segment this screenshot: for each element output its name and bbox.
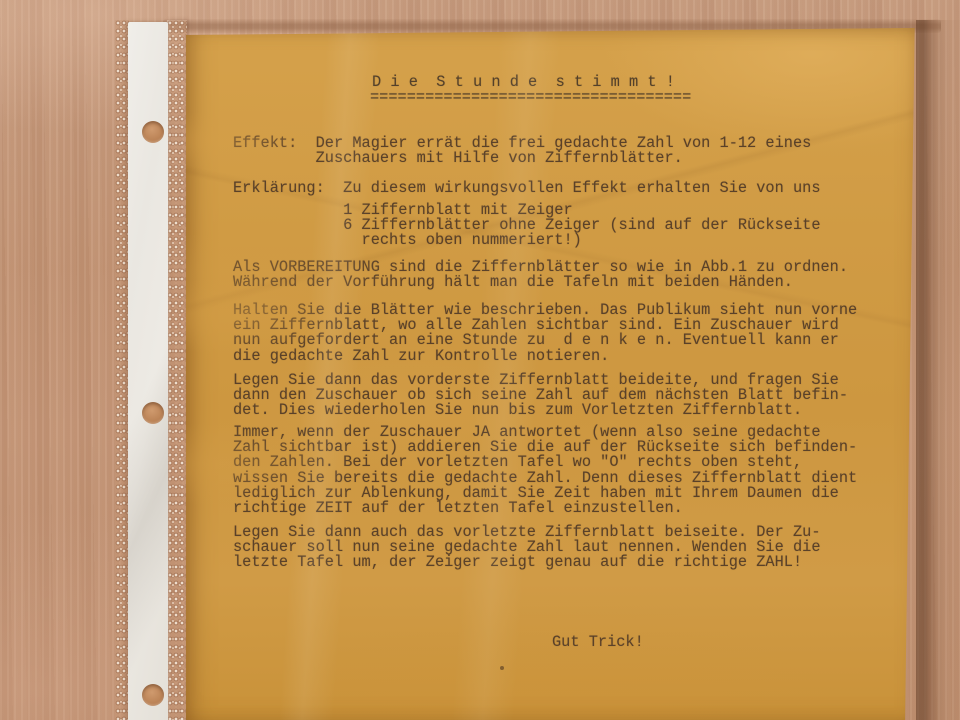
paragraph-immer: Immer, wenn der Zuschauer JA antwortet (… xyxy=(233,425,857,516)
document-paper: D i e S t u n d e s t i m m t ! ========… xyxy=(186,26,922,720)
paragraph-erklaerung: Erklärung: Zu diesem wirkungsvollen Effe… xyxy=(233,181,821,196)
punch-hole xyxy=(142,402,164,424)
closing-line: Gut Trick! xyxy=(552,635,644,650)
punch-hole xyxy=(142,684,164,706)
sleeve-welded-edge-right xyxy=(167,20,187,720)
title-underline: =================================== xyxy=(370,90,691,105)
paragraph-halten: Halten Sie die Blätter wie beschrieben. … xyxy=(233,303,857,364)
paragraph-erklaerung-items: 1 Ziffernblatt mit Zeiger 6 Ziffernblätt… xyxy=(233,203,821,249)
sleeve-welded-edge-left xyxy=(115,20,129,720)
paragraph-legen-1: Legen Sie dann das vorderste Ziffernblat… xyxy=(233,373,848,419)
wood-groove-shadow xyxy=(916,20,960,720)
photo-scene: D i e S t u n d e s t i m m t ! ========… xyxy=(0,0,960,720)
ink-speck xyxy=(500,666,504,670)
paragraph-vorbereitung: Als VORBEREITUNG sind die Ziffernblätter… xyxy=(233,260,848,290)
paragraph-legen-2: Legen Sie dann auch das vorletzte Ziffer… xyxy=(233,525,821,571)
sleeve-binder-strip xyxy=(128,22,168,720)
paragraph-effekt: Effekt: Der Magier errät die frei gedach… xyxy=(233,136,811,166)
punch-hole xyxy=(142,121,164,143)
